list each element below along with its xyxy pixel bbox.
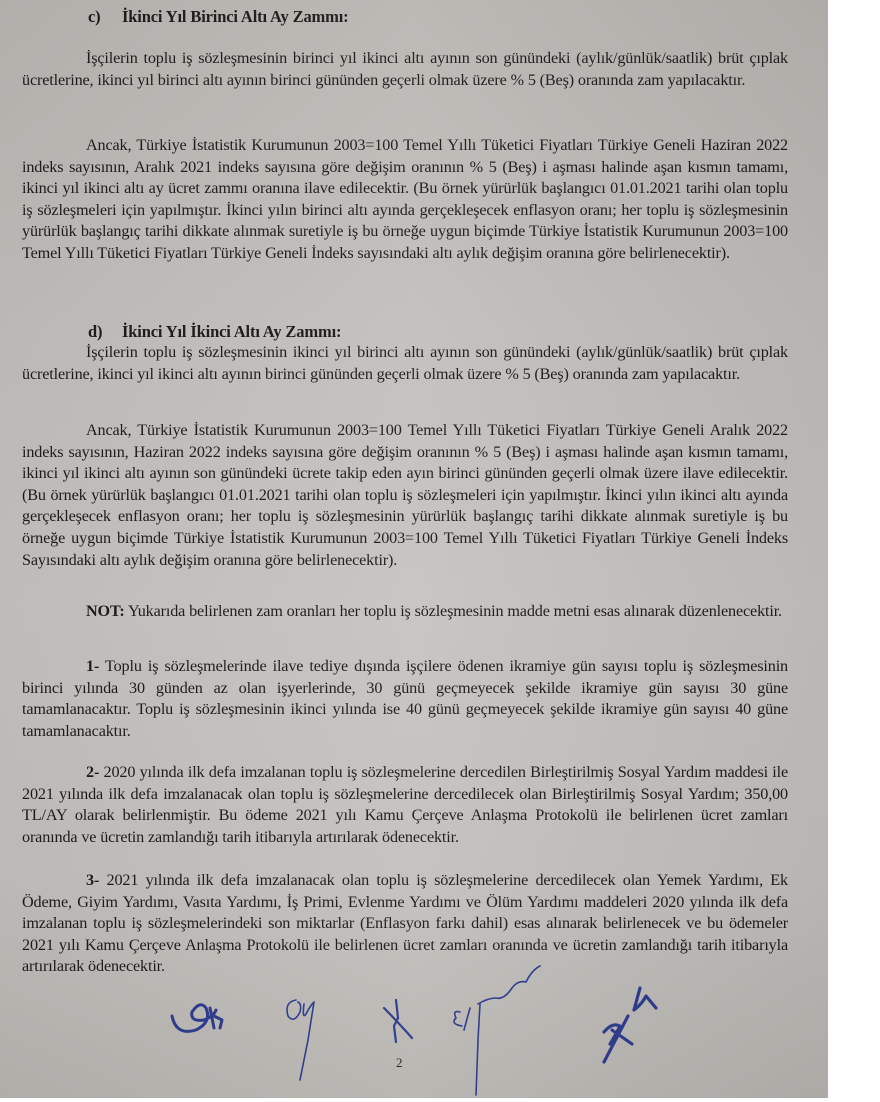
- item-3-label: 3-: [86, 871, 99, 889]
- note-label: NOT:: [86, 602, 125, 620]
- section-c-label: c): [88, 6, 122, 28]
- item-2: 2- 2020 yılında ilk defa imzalanan toplu…: [22, 762, 788, 848]
- section-c-heading: c)İkinci Yıl Birinci Altı Ay Zammı:: [88, 6, 349, 28]
- section-c-paragraph-1: İşçilerin toplu iş sözleşmesinin birinci…: [22, 48, 788, 91]
- item-1-text: Toplu iş sözleşmelerinde ilave tediye dı…: [22, 657, 788, 740]
- signature-3: [384, 1000, 412, 1042]
- section-d-heading: d)İkinci Yıl İkinci Altı Ay Zammı:: [88, 321, 341, 343]
- note-paragraph: NOT: Yukarıda belirlenen zam oranları he…: [22, 601, 788, 623]
- signature-2: [287, 1000, 314, 1080]
- signature-5: [604, 988, 656, 1062]
- note-text: Yukarıda belirlenen zam oranları her top…: [128, 602, 782, 620]
- signatures: [0, 960, 828, 1098]
- signature-4: [454, 966, 540, 1095]
- signature-1: [172, 1005, 222, 1032]
- section-d-paragraph-2: Ancak, Türkiye İstatistik Kurumunun 2003…: [22, 420, 788, 571]
- item-1: 1- Toplu iş sözleşmelerinde ilave tediye…: [22, 656, 788, 742]
- item-2-text: 2020 yılında ilk defa imzalanan toplu iş…: [22, 763, 788, 846]
- section-c-paragraph-2: Ancak, Türkiye İstatistik Kurumunun 2003…: [22, 135, 788, 265]
- section-d-paragraph-1: İşçilerin toplu iş sözleşmesinin ikinci …: [22, 342, 788, 385]
- page-number: 2: [396, 1055, 403, 1071]
- section-d-label: d): [88, 321, 122, 343]
- section-d-title: İkinci Yıl İkinci Altı Ay Zammı:: [122, 322, 341, 341]
- document-page: c)İkinci Yıl Birinci Altı Ay Zammı: İşçi…: [0, 0, 828, 1098]
- item-1-label: 1-: [86, 657, 99, 675]
- section-c-title: İkinci Yıl Birinci Altı Ay Zammı:: [122, 7, 349, 26]
- item-2-label: 2-: [86, 763, 99, 781]
